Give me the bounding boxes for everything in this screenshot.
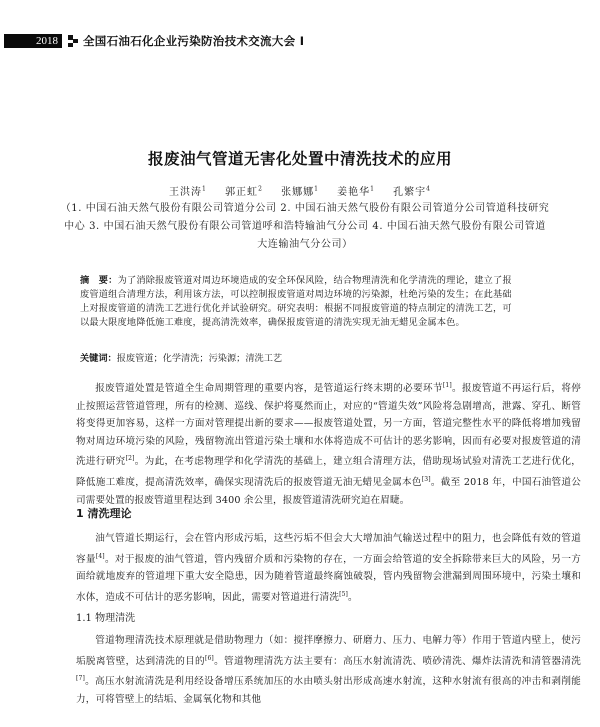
intro-paragraph: 报废管道处置是管道全生命周期管理的重要内容，是管道运行终末期的必要环节[1]。报… <box>76 377 581 509</box>
section-heading-1-1: 1.1 物理清洗 <box>76 609 135 624</box>
year-badge: 2018 <box>4 34 62 48</box>
affiliations: （1. 中国石油天然气股份有限公司管道分公司 2. 中国石油天然气股份有限公司管… <box>60 200 550 254</box>
checker-square-icon <box>68 35 78 47</box>
citation: [1] <box>443 382 452 389</box>
author: 郭正虹2 <box>225 187 263 198</box>
abstract: 摘 要：为了消除报废管道对周边环境造成的安全环保风险，结合物理清洗和化学清洗的理… <box>80 274 520 330</box>
abstract-text: 为了消除报废管道对周边环境造成的安全环保风险，结合物理清洗和化学清洗的理论，建立… <box>80 275 512 328</box>
author: 张娜娜1 <box>281 187 319 198</box>
author: 姜艳华1 <box>337 187 375 198</box>
citation: [4] <box>96 553 105 560</box>
citation: [5] <box>339 591 348 598</box>
author: 王洪涛1 <box>169 187 207 198</box>
paper-title: 报废油气管道无害化处置中清洗技术的应用 <box>0 147 600 169</box>
keywords-text: 报废管道；化学清洗；污染源；清洗工艺 <box>117 353 282 364</box>
citation: [6] <box>205 655 214 662</box>
section1-paragraph: 油气管道长期运行，会在管内形成污垢，这些污垢不但会大大增加油气输送过程中的阻力，… <box>76 530 581 606</box>
keywords-label: 关键词： <box>80 353 117 364</box>
keywords: 关键词：报废管道；化学清洗；污染源；清洗工艺 <box>80 350 520 364</box>
author-list: 王洪涛1 郭正虹2 张娜娜1 姜艳华1 孔繁宇4 <box>0 183 600 198</box>
citation: [2] <box>126 455 135 462</box>
citation: [7] <box>76 675 85 682</box>
abstract-label: 摘 要： <box>80 275 118 286</box>
section11-paragraph: 管道物理清洗技术原理就是借助物理力（如：搅拌摩擦力、研磨力、压力、电解力等）作用… <box>76 632 581 708</box>
conference-header: 2018 全国石油石化企业污染防治技术交流大会 I <box>4 33 304 49</box>
conference-title: 全国石油石化企业污染防治技术交流大会 I <box>83 33 304 49</box>
section-heading-1: 1 清洗理论 <box>76 505 131 521</box>
citation: [3] <box>422 476 431 483</box>
author: 孔繁宇4 <box>393 187 431 198</box>
